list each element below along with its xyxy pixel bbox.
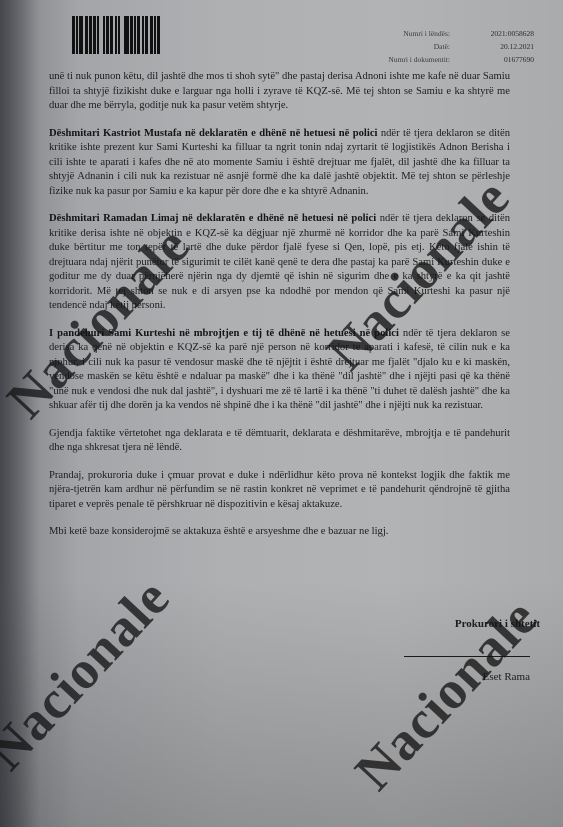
paragraph-factual-state: Gjendja faktike vërtetohet nga deklarata… [49,427,510,456]
meta-label: Numri i lëndës: [360,27,464,40]
meta-case-number: Numri i lëndës: 2021:0058628 [360,27,540,40]
paragraph-text: unë ti nuk punon këtu, dil jashtë dhe mo… [49,71,510,111]
paragraph-defendant: I pandehuri Sami Kurteshi në mbrojtjen e… [49,327,510,414]
paragraph-final: Mbi ketë baze konsiderojmë se aktakuza ë… [49,525,510,540]
paragraph-lead: I pandehuri Sami Kurteshi në mbrojtjen e… [49,328,399,339]
signature-name: Eset Rama [400,671,540,683]
meta-date: Datë: 20.12.2021 [360,40,540,53]
paragraph-text: Gjendja faktike vërtetohet nga deklarata… [49,428,510,454]
signature-block: Prokurori i shtetit Eset Rama [400,618,540,683]
meta-value: 01677690 [464,53,534,66]
paragraph-conclusion: Prandaj, prokuroria duke i çmuar provat … [49,469,510,513]
page-shadow [0,0,40,827]
paragraph-lead: Dëshmitari Ramadan Limaj në deklaratën e… [49,213,376,224]
barcode-icon [72,16,232,54]
signature-line [404,656,530,657]
paragraph-witness-limaj: Dëshmitari Ramadan Limaj në deklaratën e… [49,212,510,314]
document-page: Numri i lëndës: 2021:0058628 Datë: 20.12… [0,0,563,827]
paragraph-text: Prandaj, prokuroria duke i çmuar provat … [49,470,510,510]
meta-label: Datë: [360,40,464,53]
meta-document-number: Numri i dokumentit: 01677690 [360,53,540,66]
paragraph-continuation: unë ti nuk punon këtu, dil jashtë dhe mo… [49,70,510,114]
paragraph-text: ndër të tjera deklaron se derisa ka qenë… [49,328,510,412]
meta-value: 2021:0058628 [464,27,534,40]
paragraph-text: Mbi ketë baze konsiderojmë se aktakuza ë… [49,526,388,537]
document-body: unë ti nuk punon këtu, dil jashtë dhe mo… [49,70,510,553]
case-metadata: Numri i lëndës: 2021:0058628 Datë: 20.12… [360,27,540,66]
meta-label: Numri i dokumentit: [360,53,464,66]
paragraph-witness-mustafa: Dëshmitari Kastriot Mustafa në deklaratë… [49,127,510,200]
paragraph-lead: Dëshmitari Kastriot Mustafa në deklaratë… [49,128,377,139]
paragraph-text: ndër të tjera deklaron se ditën kritike … [49,213,510,311]
signature-title: Prokurori i shtetit [400,618,540,630]
meta-value: 20.12.2021 [464,40,534,53]
